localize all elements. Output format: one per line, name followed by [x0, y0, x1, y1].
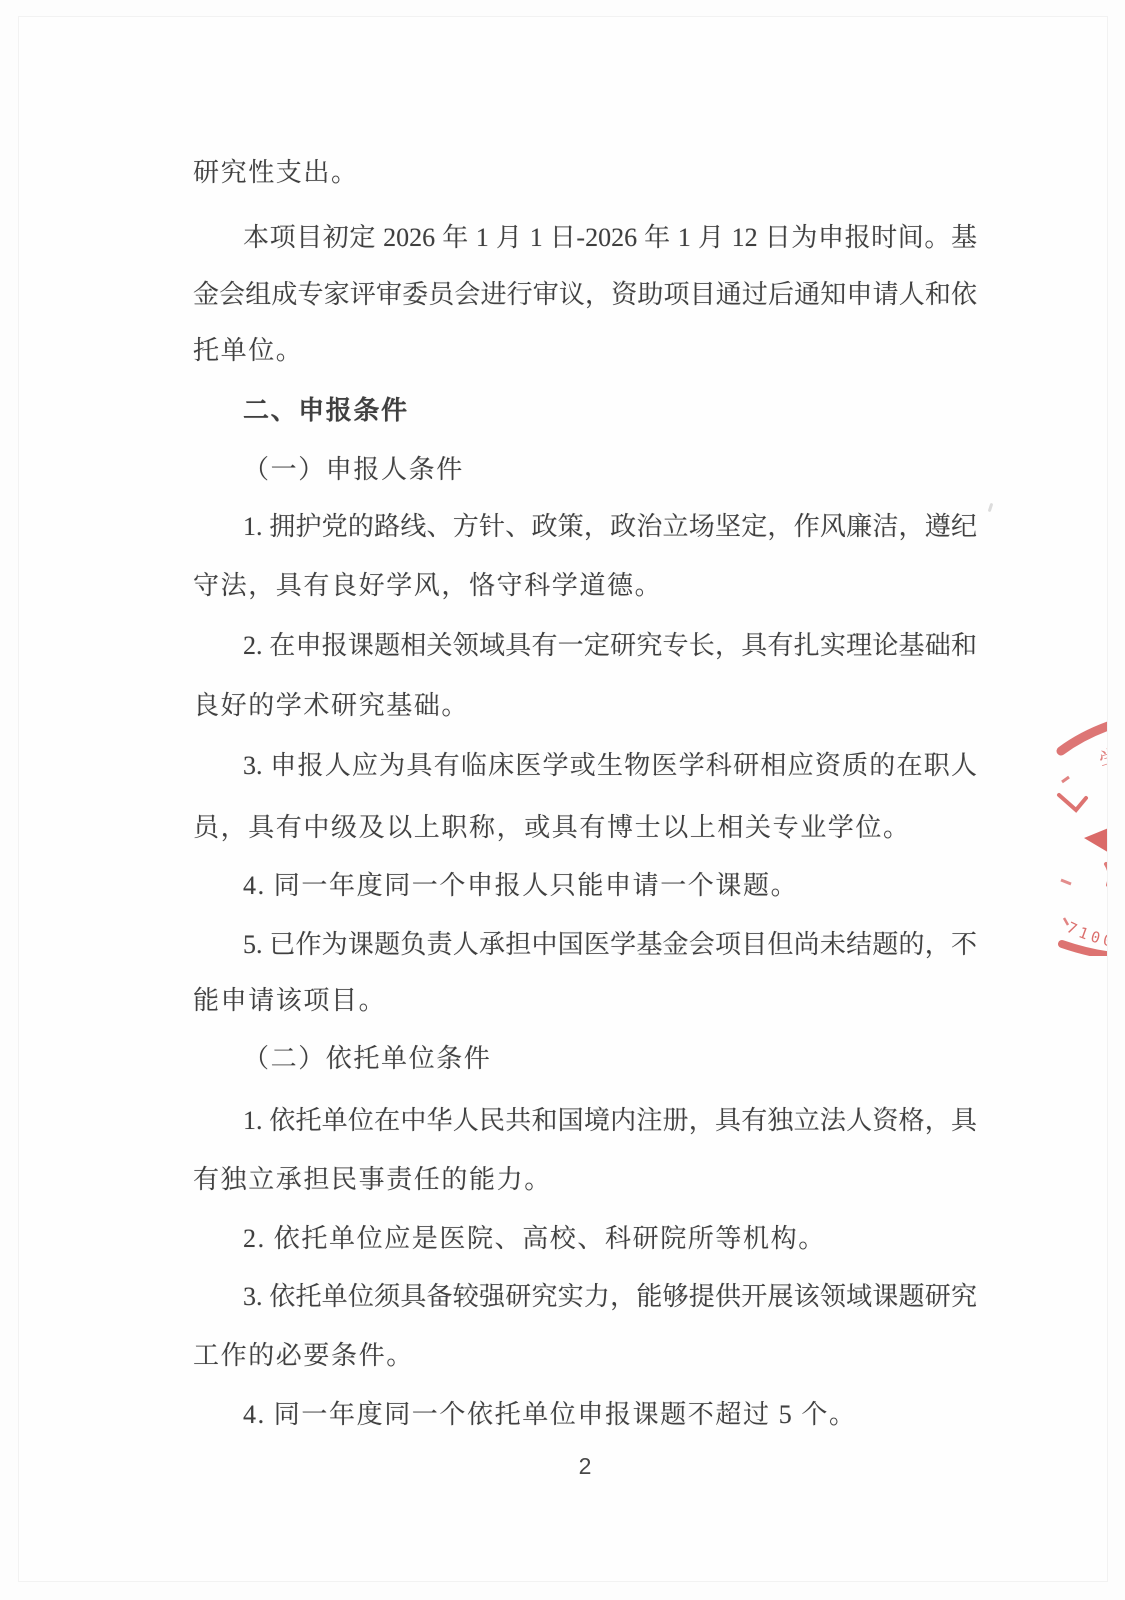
text-line: 3. 依托单位须具备较强研究实力，能够提供开展该领域课题研究	[243, 1282, 977, 1313]
seal-stroke-fragment	[1106, 864, 1108, 885]
seal-stroke-fragment	[1064, 918, 1068, 925]
page-number: 2	[193, 1453, 977, 1480]
text-line: 能申请该项目。	[193, 986, 977, 1017]
text-line: 2. 依托单位应是医院、高校、科研院所等机构。	[243, 1224, 977, 1255]
seal-text-fragment: 学	[1096, 743, 1108, 777]
seal-stroke-fragment	[1059, 795, 1086, 810]
text-line: 有独立承担民事责任的能力。	[193, 1165, 977, 1196]
text-line: 2. 在申报课题相关领域具有一定研究专长，具有扎实理论基础和	[243, 631, 977, 662]
text-line: 4. 同一年度同一个依托单位申报课题不超过 5 个。	[243, 1400, 977, 1431]
text-line: 1. 拥护党的路线、方针、政策，政治立场坚定，作风廉洁，遵纪	[243, 512, 977, 543]
text-line: 良好的学术研究基础。	[193, 691, 977, 722]
text-line: 1. 依托单位在中华人民共和国境内注册，具有独立法人资格，具	[243, 1106, 977, 1137]
official-seal-stamp: 学 7100	[1026, 696, 1108, 956]
seal-stroke-fragment	[1062, 777, 1069, 782]
seal-star-point	[1084, 825, 1108, 857]
text-line: 4. 同一年度同一个申报人只能申请一个课题。	[243, 871, 977, 902]
document-page: 研究性支出。本项目初定 2026 年 1 月 1 日-2026 年 1 月 12…	[18, 16, 1108, 1582]
text-line: 托单位。	[193, 336, 977, 367]
text-line: 5. 已作为课题负责人承担中国医学基金会项目但尚未结题的，不	[243, 930, 977, 961]
text-line: 守法，具有良好学风，恪守科学道德。	[193, 571, 977, 602]
text-line: （一）申报人条件	[243, 455, 977, 486]
text-line: 工作的必要条件。	[193, 1341, 977, 1372]
text-line: 研究性支出。	[193, 158, 977, 189]
text-line: （二）依托单位条件	[243, 1044, 977, 1075]
seal-ring-top-arc	[1061, 724, 1108, 751]
text-line: 员，具有中级及以上职称，或具有博士以上相关专业学位。	[193, 813, 977, 844]
text-line: 二、申报条件	[243, 396, 977, 427]
seal-stroke-fragment	[1061, 880, 1071, 884]
text-line: 金会组成专家评审委员会进行审议，资助项目通过后通知申请人和依	[193, 280, 977, 311]
text-line: 本项目初定 2026 年 1 月 1 日-2026 年 1 月 12 日为申报时…	[243, 223, 977, 254]
scan-artifact-speck	[988, 503, 994, 512]
text-line: 3. 申报人应为具有临床医学或生物医学科研相应资质的在职人	[243, 751, 977, 782]
